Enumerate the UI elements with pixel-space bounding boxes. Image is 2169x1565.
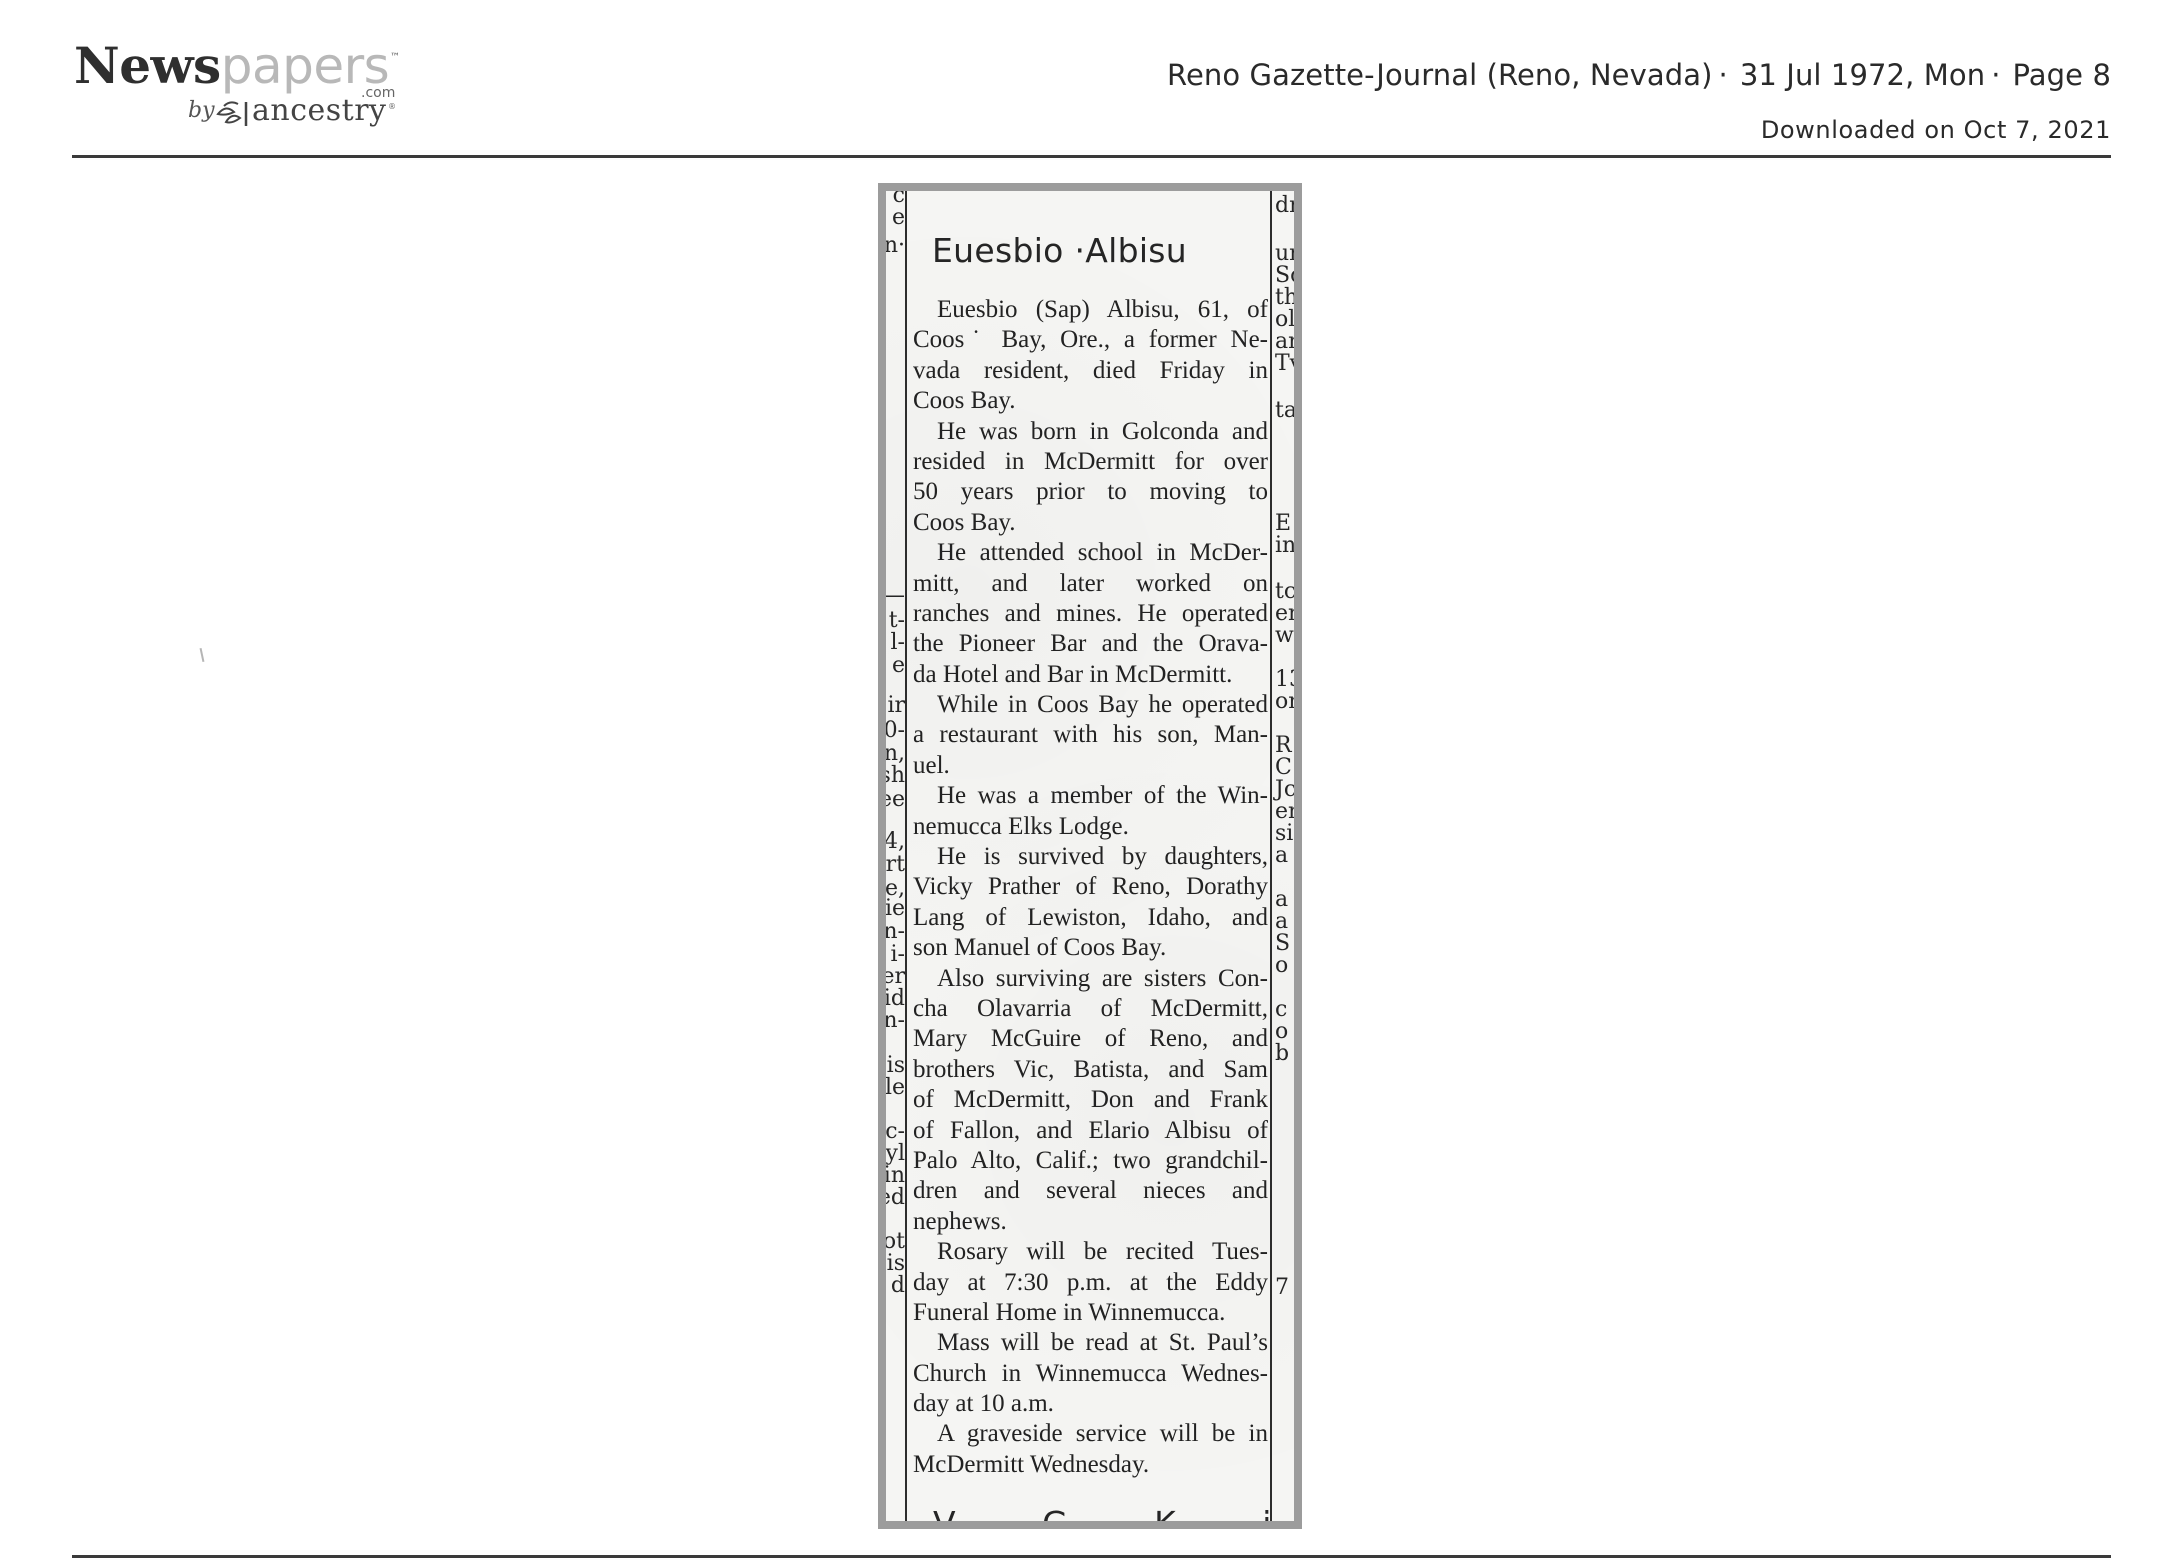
column-fragment: or: [1275, 691, 1294, 713]
article-line: He was born in Golconda and: [913, 417, 1268, 447]
column-fragment: l-: [891, 632, 905, 654]
column-fragment: 7: [1275, 1277, 1289, 1299]
article-line: McDermitt Wednesday.: [913, 1450, 1268, 1480]
column-fragment: 13: [1275, 669, 1294, 691]
article-line: He was a member of the Win-: [913, 781, 1268, 811]
column-fragment: C: [1275, 757, 1292, 779]
page-number: Page 8: [2013, 58, 2111, 92]
column-rule-left: [905, 191, 907, 1521]
column-fragment: e: [892, 655, 905, 677]
column-fragment: n-: [886, 921, 905, 943]
column-fragment: ir: [887, 695, 905, 717]
article-line: 50 years prior to moving to: [913, 477, 1268, 507]
newspapers-logo[interactable]: Newspapers ™ .com by ancestry ®: [74, 38, 404, 138]
newspaper-clipping: cen·—t-l-eir0-n,shee4,rte,ien-i-eridn-is…: [878, 183, 1302, 1529]
next-article-heading-partial: V G K i h: [933, 1504, 1302, 1529]
column-fragment: c-: [886, 1121, 905, 1143]
column-fragment: 0-: [886, 720, 905, 742]
column-fragment: dr: [1275, 195, 1294, 217]
column-fragment: rt: [886, 854, 905, 876]
column-fragment: in: [886, 1165, 905, 1187]
column-fragment: a: [1275, 845, 1288, 867]
article-line: of McDermitt, Don and Frank: [913, 1085, 1268, 1115]
trademark-mark: ™: [390, 52, 400, 63]
article-line: A graveside service will be in: [913, 1419, 1268, 1449]
column-fragment: Jc: [1275, 779, 1294, 801]
article-body: Euesbio (Sap) Albisu, 61, ofCoos˙ Bay, O…: [913, 295, 1268, 1480]
column-fragment: er: [1275, 603, 1294, 625]
article-line: vada resident, died Friday in: [913, 356, 1268, 386]
column-fragment: Tv: [1275, 353, 1294, 375]
column-fragment: th: [1275, 287, 1294, 309]
column-fragment: in: [1275, 535, 1294, 557]
article-line: resided in McDermitt for over: [913, 447, 1268, 477]
column-fragment: w: [1275, 625, 1294, 647]
column-fragment: —: [886, 585, 905, 607]
registered-mark: ®: [388, 102, 396, 111]
article-line: Rosary will be recited Tues-: [913, 1237, 1268, 1267]
column-fragment: n·: [886, 235, 905, 257]
column-fragment: c: [1275, 999, 1287, 1021]
column-fragment: ie: [886, 898, 905, 920]
footer-divider: [72, 1555, 2111, 1558]
column-fragment: b: [1275, 1043, 1289, 1065]
article-line: nemucca Elks Lodge.: [913, 812, 1268, 842]
article-line: day at 7:30 p.m. at the Eddy: [913, 1268, 1268, 1298]
article-line: day at 10 a.m.: [913, 1389, 1268, 1419]
column-fragment: tc: [1275, 581, 1294, 603]
column-fragment: er: [1275, 801, 1294, 823]
column-fragment: ee: [886, 789, 905, 811]
obituary-article: Euesbio ·Albisu Euesbio (Sap) Albisu, 61…: [913, 191, 1268, 1521]
article-headline: Euesbio ·Albisu: [932, 231, 1187, 271]
column-fragment: t-: [889, 610, 905, 632]
article-line: Coos Bay.: [913, 508, 1268, 538]
article-line: da Hotel and Bar in McDermitt.: [913, 660, 1268, 690]
logo-by-text: by: [188, 98, 215, 123]
article-line: Vicky Prather of Reno, Dorathy: [913, 872, 1268, 902]
download-date: Downloaded on Oct 7, 2021: [1761, 116, 2111, 144]
column-fragment: Sc: [1275, 265, 1294, 287]
article-line: Funeral Home in Winnemucca.: [913, 1298, 1268, 1328]
column-fragment: sh: [886, 765, 905, 787]
separator: ·: [1991, 58, 2000, 92]
article-line: uel.: [913, 751, 1268, 781]
header-divider: [72, 155, 2111, 158]
article-line: of Fallon, and Elario Albisu of: [913, 1116, 1268, 1146]
column-fragment: id: [886, 988, 905, 1010]
separator: ·: [1719, 58, 1728, 92]
column-fragment: i-: [891, 944, 905, 966]
article-line: While in Coos Bay he operated: [913, 690, 1268, 720]
publication-date: 31 Jul 1972, Mon: [1740, 58, 1985, 92]
article-line: son Manuel of Coos Bay.: [913, 933, 1268, 963]
column-fragment: a: [1275, 911, 1288, 933]
adjacent-column-right: drurSctholarTvtaEintcerw13orRCJcersiaaaS…: [1272, 191, 1294, 1521]
column-fragment: d: [891, 1275, 905, 1297]
ancestry-leaf-icon: [216, 98, 252, 128]
article-line: Coos Bay.: [913, 386, 1268, 416]
article-line: nephews.: [913, 1207, 1268, 1237]
article-line: Palo Alto, Calif.; two grandchil-: [913, 1146, 1268, 1176]
article-line: He attended school in McDer-: [913, 538, 1268, 568]
column-fragment: o: [1275, 1021, 1288, 1043]
column-fragment: o: [1275, 955, 1288, 977]
column-fragment: ol: [1275, 309, 1294, 331]
article-line: Church in Winnemucca Wednes-: [913, 1359, 1268, 1389]
column-fragment: er: [886, 966, 905, 988]
article-line: He is survived by daughters,: [913, 842, 1268, 872]
column-fragment: ot: [886, 1231, 905, 1253]
article-line: Euesbio (Sap) Albisu, 61, of: [913, 295, 1268, 325]
scan-speck: [200, 648, 205, 662]
logo-wordmark: Newspapers: [74, 38, 389, 94]
article-line: dren and several nieces and: [913, 1176, 1268, 1206]
article-line: cha Olavarria of McDermitt,: [913, 994, 1268, 1024]
column-fragment: 4,: [886, 831, 905, 853]
article-line: Lang of Lewiston, Idaho, and: [913, 903, 1268, 933]
column-fragment: si: [1275, 823, 1293, 845]
column-fragment: ar: [1275, 331, 1294, 353]
adjacent-column-left: cen·—t-l-eir0-n,shee4,rte,ien-i-eridn-is…: [886, 191, 905, 1521]
article-line: Also surviving are sisters Con-: [913, 964, 1268, 994]
column-fragment: E: [1275, 513, 1291, 535]
article-line: Coos˙ Bay, Ore., a former Ne-: [913, 325, 1268, 355]
column-fragment: a: [1275, 889, 1288, 911]
article-line: the Pioneer Bar and the Orava-: [913, 629, 1268, 659]
article-line: mitt, and later worked on: [913, 569, 1268, 599]
column-fragment: ta: [1275, 400, 1294, 422]
publication-name: Reno Gazette-Journal (Reno, Nevada): [1167, 58, 1713, 92]
column-fragment: n,: [886, 743, 905, 765]
column-fragment: is: [887, 1055, 905, 1077]
article-line: a restaurant with his son, Man-: [913, 720, 1268, 750]
column-fragment: S: [1275, 933, 1290, 955]
logo-news-text: News: [74, 36, 221, 95]
column-fragment: is: [887, 1253, 905, 1275]
column-fragment: le: [886, 1077, 905, 1099]
column-fragment: ur: [1275, 243, 1294, 265]
publication-info: Reno Gazette-Journal (Reno, Nevada)·31 J…: [1167, 58, 2111, 92]
column-fragment: e: [892, 207, 905, 229]
column-fragment: n-: [886, 1010, 905, 1032]
column-fragment: yl: [886, 1143, 905, 1165]
clipping-paper: cen·—t-l-eir0-n,shee4,rte,ien-i-eridn-is…: [886, 191, 1294, 1521]
article-line: Mary McGuire of Reno, and: [913, 1024, 1268, 1054]
article-line: Mass will be read at St. Paul’s: [913, 1328, 1268, 1358]
article-line: ranches and mines. He operated: [913, 599, 1268, 629]
logo-ancestry-text: ancestry: [252, 93, 387, 128]
column-fragment: R: [1275, 735, 1292, 757]
column-fragment: ed: [886, 1187, 905, 1209]
article-line: brothers Vic, Batista, and Sam: [913, 1055, 1268, 1085]
